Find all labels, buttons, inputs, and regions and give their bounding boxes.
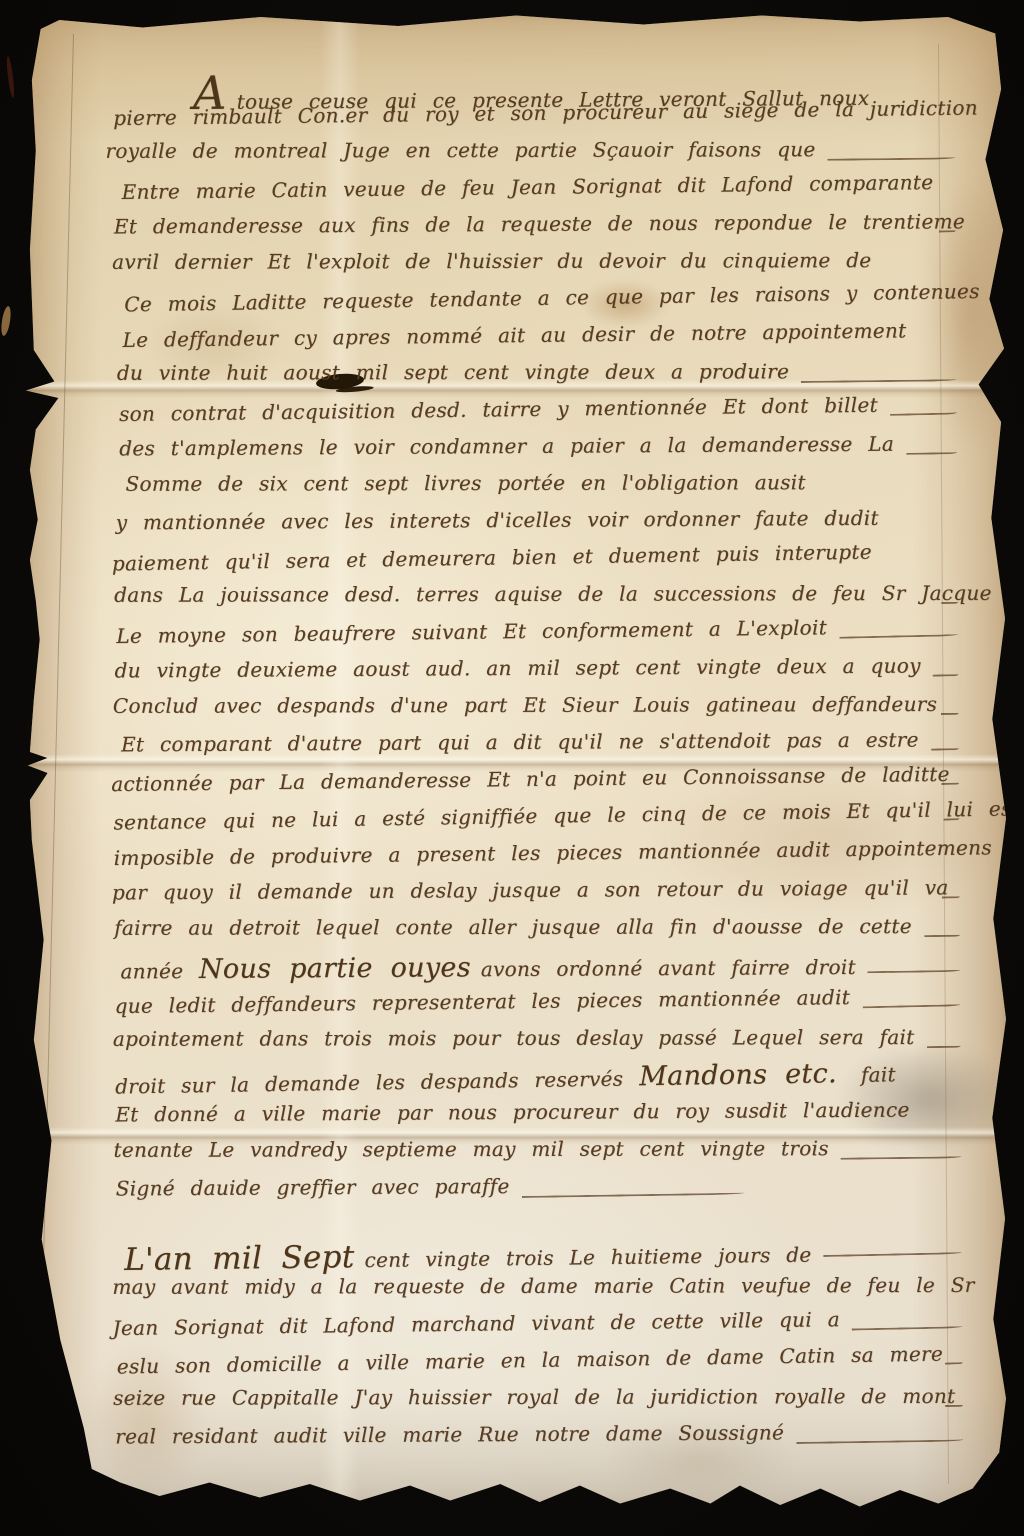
line-text: apointement dans trois mois pour tous de… <box>113 1025 915 1051</box>
manuscript-line: royalle de montreal Juge en cette partie… <box>105 137 957 176</box>
edge-ink-mark <box>5 56 15 98</box>
line-end-flourish <box>823 1252 962 1257</box>
line-end-flourish <box>941 712 959 714</box>
line-text: Conclud avec despands d'une part Et Sieu… <box>113 692 929 718</box>
paper-surface: Atouse ceuse qui ce presente Lettre vero… <box>25 14 1007 1514</box>
line-text: Le moyne son beaufrere suivant Et confor… <box>116 615 827 648</box>
line-end-flourish <box>852 1326 963 1330</box>
manuscript-line: real residant audit ville marie Rue notr… <box>115 1419 965 1461</box>
line-text: y mantionnée avec les interets d'icelles… <box>116 506 879 535</box>
manuscript-line: du vinte huit aoust mil sept cent vingte… <box>117 359 959 398</box>
manuscript-line: seize rue Cappitalle J'ay huissier royal… <box>113 1384 965 1423</box>
manuscript-line: que ledit deffandeurs representerat les … <box>114 984 962 1031</box>
manuscript-line: Conclud avec despands d'une part Et Sieu… <box>113 692 961 731</box>
line-text: real residant audit ville marie Rue notr… <box>115 1420 784 1448</box>
manuscript-line: may avant midy a la requeste de dame mar… <box>112 1273 964 1312</box>
line-end-flourish <box>946 1404 964 1406</box>
line-text: cent vingte trois Le huitieme jours de <box>364 1243 811 1272</box>
line-end-flourish <box>927 1045 961 1047</box>
line-text: Signé dauide greffier avec paraffe <box>116 1174 510 1200</box>
line-end-flourish <box>942 896 960 898</box>
line-end-flourish <box>941 601 958 603</box>
line-text: son contrat d'acquisition desd. tairre y… <box>119 393 878 426</box>
line-end-flourish <box>924 934 960 936</box>
manuscript-line: L'an mil Septcent vingte trois Le huitie… <box>124 1232 964 1279</box>
manuscript-line: tenante Le vandredy septieme may mil sep… <box>114 1136 964 1175</box>
line-text: fairre au detroit lequel conte aller jus… <box>114 914 912 940</box>
manuscript-line: Signé dauide greffier avec paraffe <box>116 1173 747 1214</box>
line-text: Jean Sorignat dit Lafond marchand vivant… <box>112 1307 840 1340</box>
manuscript-page: Atouse ceuse qui ce presente Lettre vero… <box>25 14 1007 1514</box>
line-text: Nous partie ouyes <box>199 952 471 985</box>
line-text: avril dernier Et l'exploit de l'huissier… <box>112 248 871 274</box>
line-end-flourish <box>906 452 957 455</box>
line-text: seize rue Cappitalle J'ay huissier royal… <box>113 1384 934 1410</box>
line-text: royalle de montreal Juge en cette partie… <box>105 137 815 163</box>
line-text: dans La jouissance desd. terres aquise d… <box>114 581 929 607</box>
line-end-flourish <box>801 379 957 383</box>
line-end-flourish <box>796 1439 963 1443</box>
line-end-flourish <box>522 1192 745 1197</box>
line-text: tenante Le vandredy septieme may mil sep… <box>114 1136 829 1162</box>
line-text: fait <box>861 1062 896 1087</box>
line-text: du vinte huit aoust mil sept cent vingte… <box>117 359 789 385</box>
manuscript-line: dans La jouissance desd. terres aquise d… <box>114 581 960 620</box>
line-end-flourish <box>862 1004 961 1008</box>
manuscript-line: du vingte deuxieme aoust aud. an mil sep… <box>115 653 961 695</box>
line-end-flourish <box>933 674 959 676</box>
line-end-flourish <box>942 782 960 784</box>
line-end-flourish <box>939 230 956 232</box>
manuscript-line: fairre au detroit lequel conte aller jus… <box>114 914 962 953</box>
line-text: droit sur la demande les despands reserv… <box>115 1067 624 1099</box>
line-end-flourish <box>828 157 956 160</box>
manuscript-line: des t'amplemens le voir condamner a paie… <box>119 431 959 473</box>
line-end-flourish <box>931 748 959 750</box>
line-end-flourish <box>890 412 957 415</box>
manuscript-line: Et demanderesse aux fins de la requeste … <box>114 209 958 251</box>
paper-fragment-mark <box>0 306 12 337</box>
manuscript-line: par quoy il demande un deslay jusque a s… <box>112 875 962 917</box>
line-text: Et comparant d'autre part qui a dit qu'i… <box>121 728 919 757</box>
manuscript-text: Atouse ceuse qui ce presente Lettre vero… <box>25 14 1007 1462</box>
manuscript-line: Somme de six cent sept livres portée en … <box>125 470 959 509</box>
line-text: L'an mil Sept <box>124 1239 355 1278</box>
line-end-flourish <box>943 818 959 820</box>
line-text: may avant midy a la requeste de dame mar… <box>112 1273 964 1299</box>
line-text: Mandons etc. <box>639 1058 837 1092</box>
line-text: avons ordonné avant fairre droit <box>481 955 856 981</box>
line-end-flourish <box>868 969 961 972</box>
line-text: Somme de six cent sept livres portée en … <box>125 470 805 496</box>
line-end-flourish <box>945 1362 963 1364</box>
line-end-flourish <box>839 634 958 638</box>
line-text: année <box>120 959 199 983</box>
line-end-flourish <box>841 1156 962 1159</box>
